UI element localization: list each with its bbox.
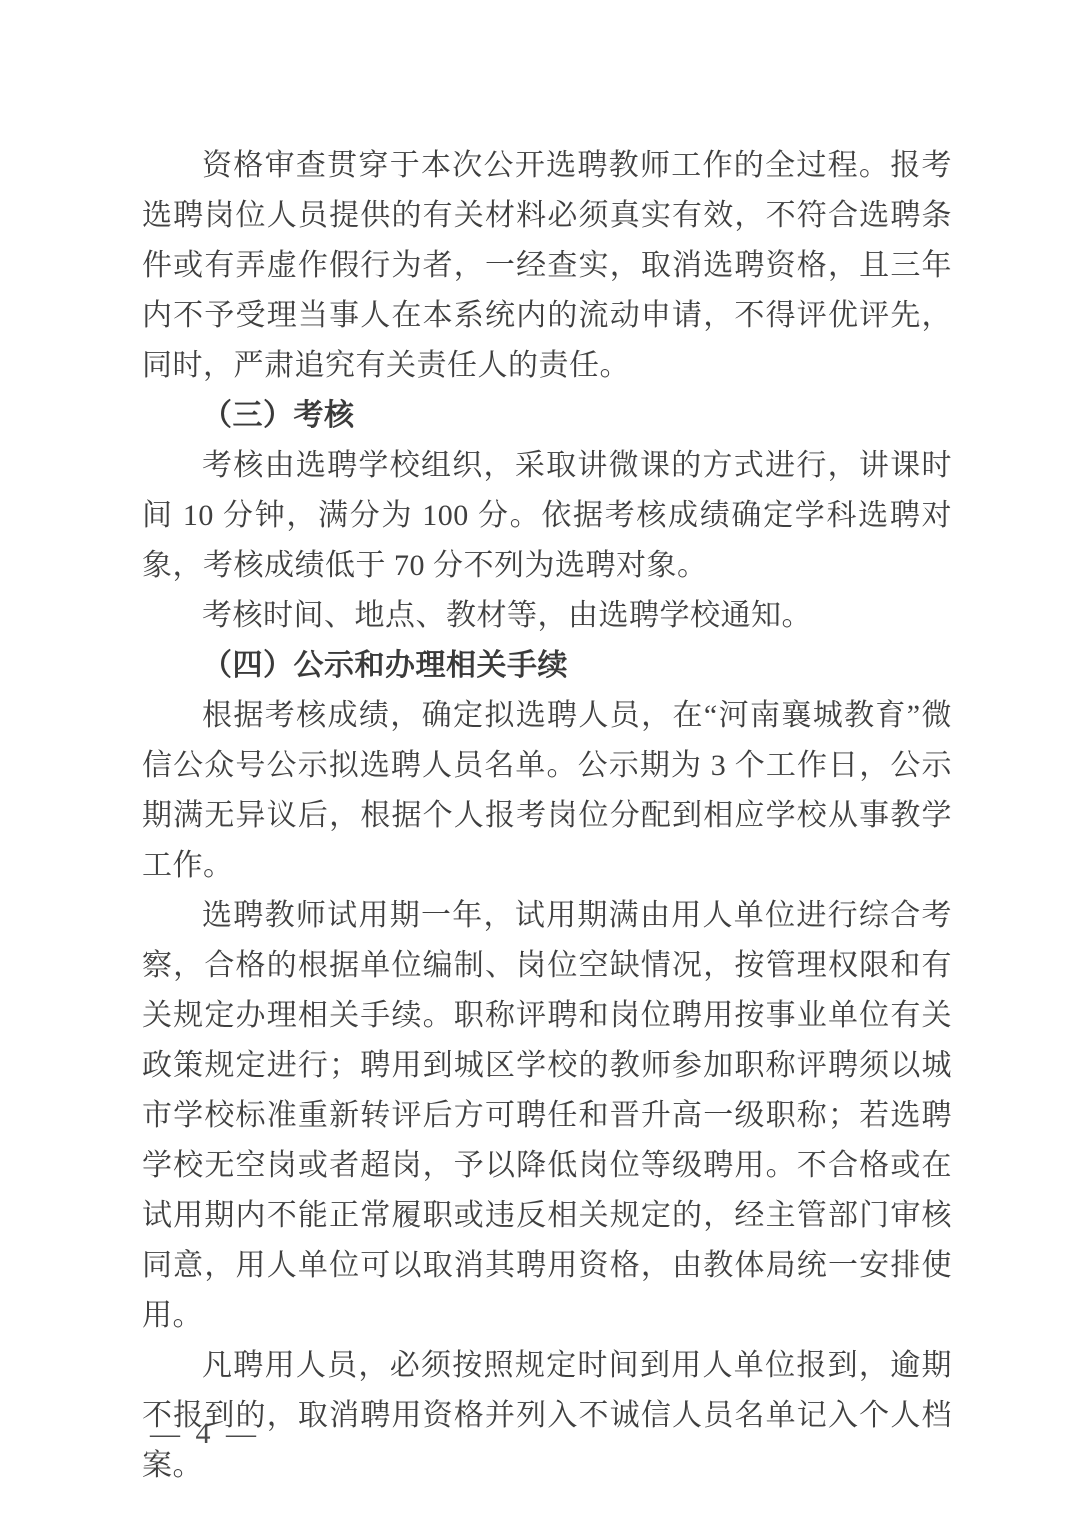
paragraph-assessment-method: 考核由选聘学校组织，采取讲微课的方式进行，讲课时间 10 分钟，满分为 100 … [142, 441, 952, 591]
paragraph-probation-employment: 选聘教师试用期一年，试用期满由用人单位进行综合考察，合格的根据单位编制、岗位空缺… [142, 891, 952, 1341]
document-body: 资格审查贯穿于本次公开选聘教师工作的全过程。报考选聘岗位人员提供的有关材料必须真… [142, 141, 952, 1491]
paragraph-publicity: 根据考核成绩，确定拟选聘人员，在“河南襄城教育”微信公众号公示拟选聘人员名单。公… [142, 691, 952, 891]
paragraph-assessment-notice: 考核时间、地点、教材等，由选聘学校通知。 [142, 591, 952, 641]
document-page: 资格审查贯穿于本次公开选聘教师工作的全过程。报考选聘岗位人员提供的有关材料必须真… [0, 0, 1080, 1527]
paragraph-report-deadline: 凡聘用人员，必须按照规定时间到用人单位报到，逾期不报到的，取消聘用资格并列入不诚… [142, 1341, 952, 1491]
paragraph-qualification-review: 资格审查贯穿于本次公开选聘教师工作的全过程。报考选聘岗位人员提供的有关材料必须真… [142, 141, 952, 391]
section-heading-publicity-procedures: （四）公示和办理相关手续 [142, 641, 952, 691]
section-heading-assessment: （三）考核 [142, 391, 952, 441]
page-number: — 4 — [150, 1410, 260, 1458]
